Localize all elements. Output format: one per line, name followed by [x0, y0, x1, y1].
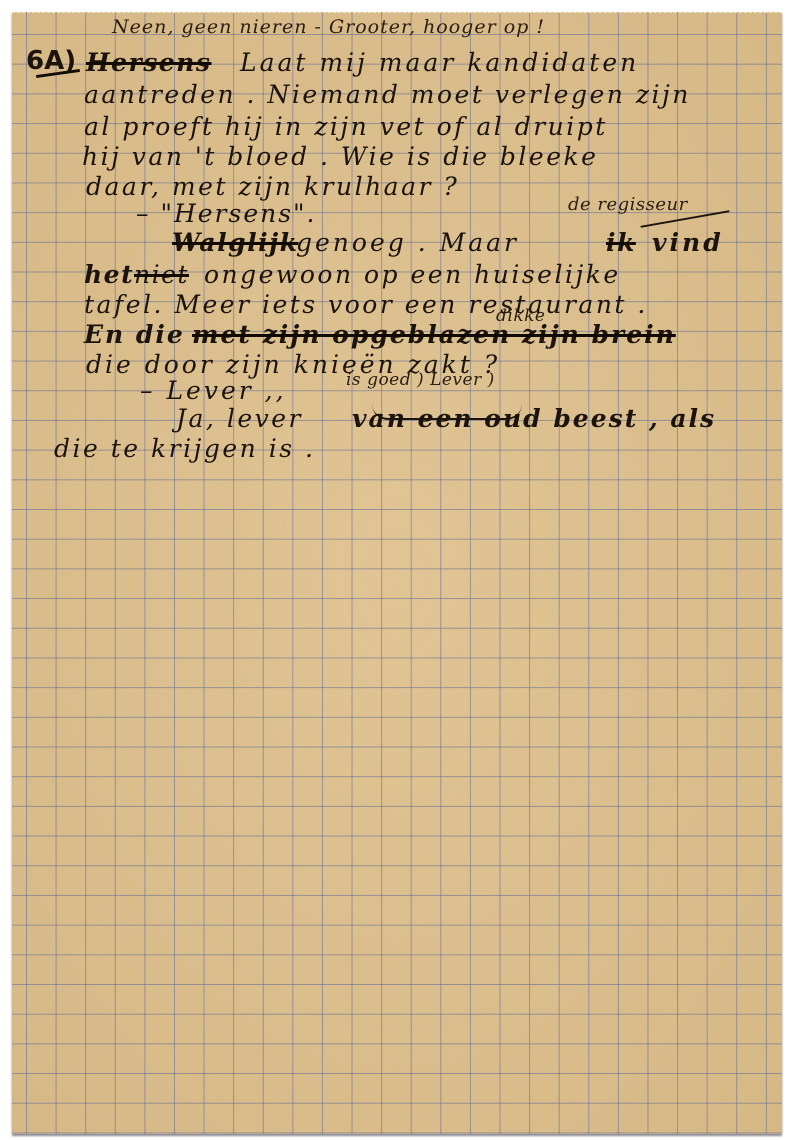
struck-word-niet: niet: [134, 262, 189, 287]
text-line-7-end: vind: [652, 230, 724, 255]
insert-top-line: Neen, geen nieren - Grooter, hooger op !: [112, 18, 545, 37]
struck-word-walglijk: Walglijk: [172, 230, 298, 255]
text-line-1: Laat mij maar kandidaten: [240, 50, 639, 75]
text-line-9: tafel. Meer iets voor een restaurant .: [84, 292, 648, 317]
text-line-13: van een oud beest , als: [352, 406, 716, 431]
text-line-2: aantreden . Niemand moet verlegen zijn: [84, 82, 691, 107]
text-line-8: ongewoon op een huiselijke: [204, 262, 621, 287]
insert-de-regisseur: de regisseur: [568, 196, 688, 214]
insert-is-goed-lever: is goed ) Lever ): [346, 372, 495, 389]
text-line-14: die te krijgen is .: [54, 436, 315, 461]
text-line-8-start: het: [84, 262, 134, 287]
text-line-10-start: En die: [84, 322, 185, 347]
text-line-13-start: Ja, lever: [176, 406, 303, 431]
struck-word-ik: ik: [606, 230, 636, 255]
text-line-4: hij van 't bloed . Wie is die bleeke: [82, 144, 598, 169]
text-line-5: daar, met zijn krulhaar ?: [86, 174, 459, 199]
text-line-7: genoeg . Maar: [296, 230, 519, 255]
text-line-3: al proeft hij in zijn vet of al druipt: [84, 114, 608, 139]
struck-word-hersens: Hersens: [86, 50, 211, 75]
struck-phrase-opgeblazen: met zijn opgeblazen zijn brein: [192, 322, 676, 347]
text-line-12: – Lever ,,: [140, 378, 287, 403]
text-line-6: – "Hersens".: [136, 201, 317, 226]
